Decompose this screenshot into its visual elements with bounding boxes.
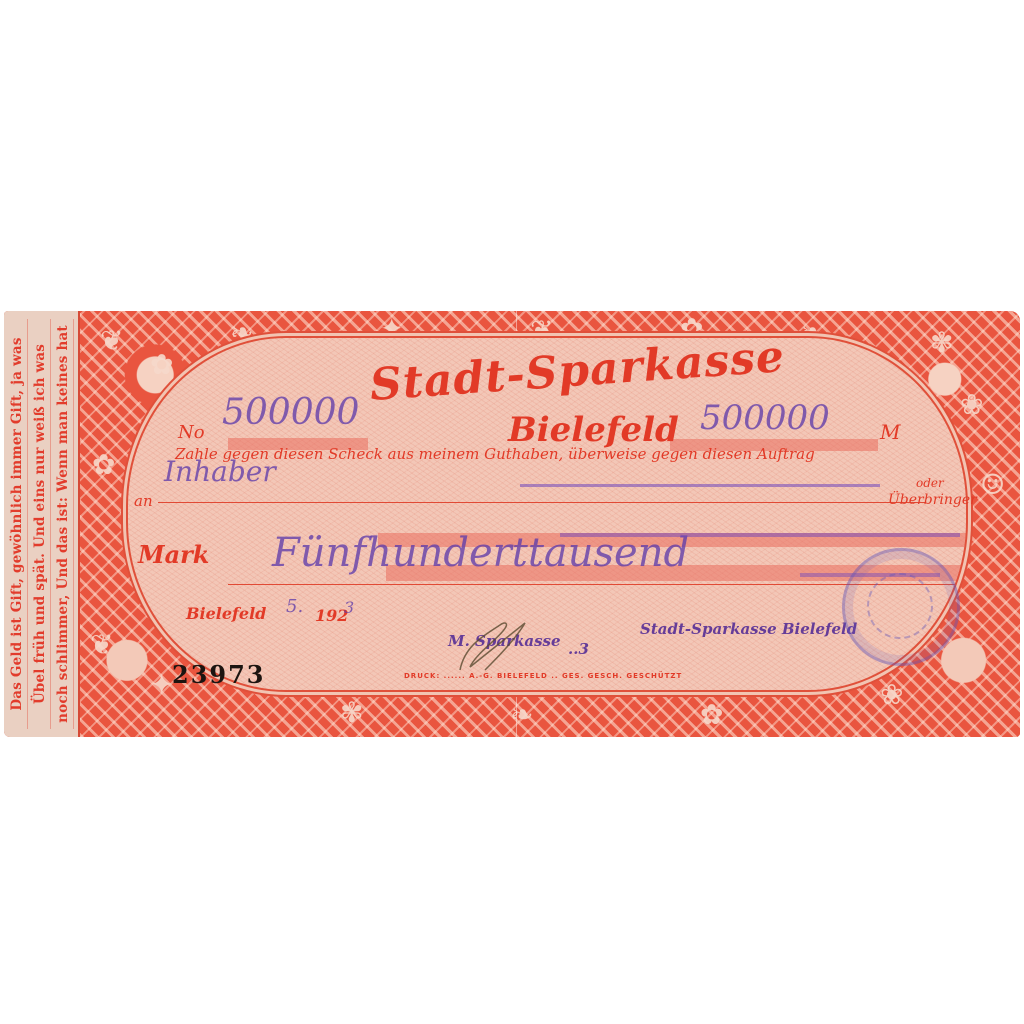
printer-imprint: DRUCK: ...... A.-G. BIELEFELD .. GES. GE… xyxy=(404,672,682,680)
ornament-icon: ✾ xyxy=(340,699,363,727)
left-stub: Das Geld ist Gift, gewöhnlich immer Gift… xyxy=(4,311,80,737)
ornament-icon: ☺ xyxy=(980,471,1005,499)
handwritten-amount: 500000 xyxy=(700,398,830,438)
handwritten-number: 500000 xyxy=(222,392,359,433)
handwritten-day: 5. xyxy=(286,596,303,617)
ornament-icon: ✦ xyxy=(150,671,173,699)
bank-city: Bielefeld xyxy=(508,410,679,450)
or-label: oder xyxy=(916,476,944,490)
mark-label: Mark xyxy=(138,540,209,569)
stub-verse: Das Geld ist Gift, gewöhnlich immer Gift… xyxy=(8,319,74,729)
ink-strike-upper xyxy=(560,533,960,537)
signature-right: Stadt-Sparkasse Bielefeld xyxy=(640,620,857,638)
stub-line-1: Das Geld ist Gift, gewöhnlich immer Gift… xyxy=(8,319,28,729)
handwritten-payee: Inhaber xyxy=(164,455,276,488)
stub-line-3: noch schlimmer, Und das ist: Wenn man ke… xyxy=(54,319,74,729)
ornament-icon: ❀ xyxy=(960,391,983,419)
ornament-icon: ❧ xyxy=(510,701,533,729)
stub-line-2: Übel früh und spät. Und eins nur weiß ic… xyxy=(31,319,51,729)
serial-number: 23973 xyxy=(172,660,266,689)
payee-label: an xyxy=(134,492,153,510)
no-label: No xyxy=(178,422,205,443)
ornament-icon: ✿ xyxy=(150,351,173,379)
signature-left-suffix: ..3 xyxy=(568,640,589,658)
ornament-icon: ✾ xyxy=(930,329,953,357)
ornament-icon: ✿ xyxy=(700,701,723,729)
ornament-icon: ❦ xyxy=(100,327,123,355)
stamp-inner-ring xyxy=(867,573,933,639)
currency-label: M xyxy=(880,420,900,444)
bearer-label: Überbringer xyxy=(888,492,977,508)
stamp-seal xyxy=(842,548,960,666)
pencil-signature xyxy=(455,615,545,675)
payee-rule xyxy=(158,502,926,503)
ornament-icon: ✿ xyxy=(92,451,115,479)
ornament-icon: ❦ xyxy=(90,631,113,659)
handwritten-year: 3 xyxy=(344,598,354,617)
ink-strike-payee xyxy=(520,484,880,487)
place-label: Bielefeld xyxy=(186,604,266,623)
ornament-icon: ❀ xyxy=(880,681,903,709)
